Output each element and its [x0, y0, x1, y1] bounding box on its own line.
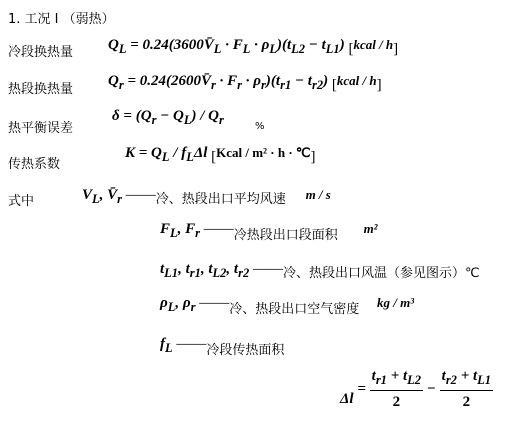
subscript: r1: [280, 78, 291, 92]
symbol: Q: [108, 73, 119, 89]
expr: · ρ: [242, 73, 261, 89]
definition-transfer-area: fL ——冷段传热面积: [160, 333, 284, 356]
expr: ): [323, 73, 328, 89]
label-cold-heat-exchange: 冷段换热量: [8, 41, 73, 60]
where-label: 式中: [8, 190, 34, 209]
expr: · ρ: [250, 37, 269, 53]
bracket-open: [: [211, 149, 216, 165]
definition-area: FL, Fr ——冷热段出口段面积 m²: [160, 218, 378, 241]
fraction-numerator: tr1 + tL2: [370, 368, 423, 391]
definition-velocity: VL, V̄r ——冷、热段出口平均风速 m / s: [82, 184, 331, 207]
dash: ——: [126, 187, 156, 203]
expr: · F: [221, 37, 242, 53]
fraction-denominator: 2: [370, 391, 423, 411]
fraction-numerator: tr2 + tL1: [440, 368, 493, 391]
fraction-1: tr1 + tL2 2: [370, 368, 423, 411]
symbol: V̄: [204, 37, 214, 53]
subscript: r2: [312, 78, 323, 92]
unit-heat-transfer: Kcal / m² · h · ℃: [216, 145, 310, 160]
subscript: L2: [291, 42, 305, 56]
expr: ): [340, 37, 345, 53]
equals-sign: =: [357, 381, 366, 397]
dash: ——: [204, 221, 234, 237]
expr: − t: [291, 73, 312, 89]
unit-percent: %: [255, 121, 265, 132]
definition-temperature: tL1, tr1, tL2, tr2 ——冷、热段出口风温（参见图示）℃: [160, 258, 480, 281]
expr: − t: [305, 37, 326, 53]
unit: kg / m³: [377, 295, 414, 310]
unit-cold-heat: kcal / h: [353, 37, 393, 52]
fraction-2: tr2 + tL1 2: [440, 368, 493, 411]
bracket-open: [: [348, 41, 353, 57]
unit: m / s: [306, 187, 331, 202]
bracket-close: ]: [311, 149, 316, 165]
bracket-close: ]: [393, 41, 398, 57]
fraction-denominator: 2: [440, 391, 493, 411]
formula-hot-heat-exchange: Qr = 0.24(2600V̄r · Fr · ρr)(tr1 − tr2) …: [108, 73, 382, 93]
section-heading: 1. 工况 I （弱热）: [8, 8, 115, 27]
symbol: V̄: [201, 73, 211, 89]
expr: = 0.24(3600: [126, 37, 203, 53]
definition-text: 冷段传热面积: [206, 343, 284, 358]
definition-text: 冷、热段出口空气密度: [229, 302, 359, 317]
expr: = 0.24(2600: [124, 73, 201, 89]
subscript: L: [269, 42, 277, 56]
label-hot-heat-exchange: 热段换热量: [8, 78, 73, 97]
definition-text: 冷热段出口段面积: [234, 228, 338, 243]
definition-text: 冷、热段出口平均风速: [156, 192, 286, 207]
dash: ——: [253, 261, 283, 277]
minus-sign: −: [427, 381, 436, 397]
label-heat-balance-error: 热平衡误差: [8, 117, 73, 136]
definition-text: 冷、热段出口风温（参见图示）℃: [283, 266, 480, 281]
unit-hot-heat: kcal / h: [337, 73, 377, 88]
bracket-open: [: [332, 77, 337, 93]
bracket-close: ]: [377, 77, 382, 93]
symbol: Q: [108, 37, 119, 53]
formula-cold-heat-exchange: QL = 0.24(3600V̄L · FL · ρL)(tL2 − tL1) …: [108, 37, 398, 57]
expr: · F: [216, 73, 237, 89]
label-heat-transfer-coefficient: 传热系数: [8, 153, 60, 172]
formula-heat-balance-error: δ = (Qr − QL) / Qr: [112, 108, 224, 128]
definition-density: ρL, ρr ——冷、热段出口空气密度 kg / m³: [160, 292, 414, 315]
expr: )(t: [277, 37, 291, 53]
formula-delta-temperature: Δl = tr1 + tL2 2 − tr2 + tL1 2: [340, 368, 493, 411]
subscript: L1: [326, 42, 340, 56]
dash: ——: [176, 336, 206, 352]
formula-heat-transfer-coefficient: K = QL / fLΔl [Kcal / m² · h · ℃]: [125, 145, 316, 165]
expr: )(t: [266, 73, 280, 89]
delta-symbol: Δl: [340, 391, 354, 407]
dash: ——: [199, 295, 229, 311]
unit: m²: [364, 221, 378, 236]
